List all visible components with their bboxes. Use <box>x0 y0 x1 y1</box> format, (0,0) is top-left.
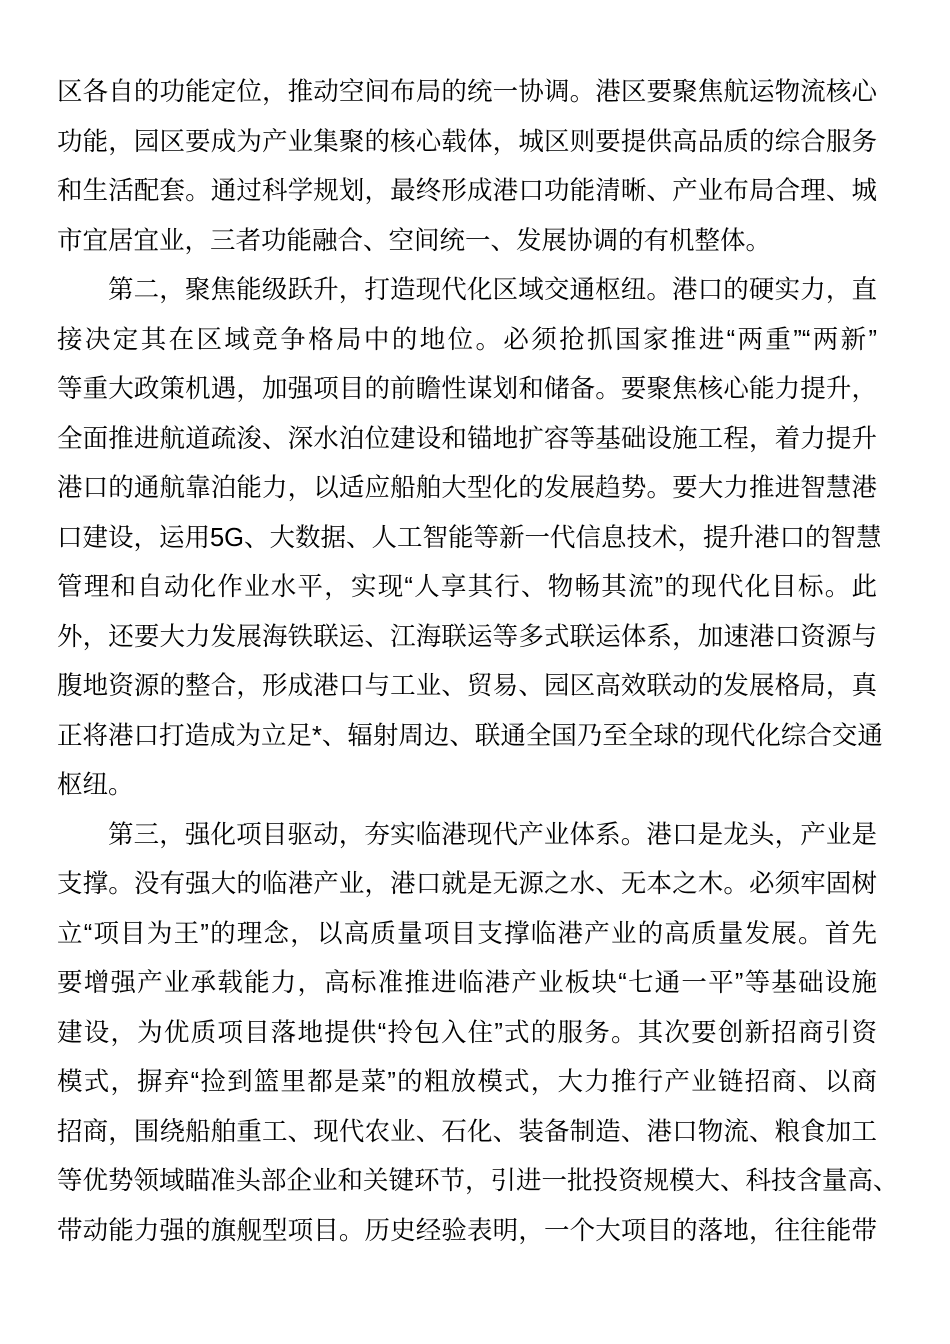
text-line: 正将港口打造成为立足*、辐射周边、联通全国乃至全球的现代化综合交通 <box>57 712 877 762</box>
text-line: 外，还要大力发展海铁联运、江海联运等多式联运体系，加速港口资源与 <box>57 613 877 663</box>
text-line: 建设，为优质项目落地提供“拎包入住”式的服务。其次要创新招商引资 <box>57 1009 877 1059</box>
text-line: 支撑。没有强大的临港产业，港口就是无源之水、无本之木。必须牢固树 <box>57 860 877 910</box>
text-line: 要增强产业承载能力，高标准推进临港产业板块“七通一平”等基础设施 <box>57 959 877 1009</box>
text-line: 第二，聚焦能级跃升，打造现代化区域交通枢纽。港口的硬实力，直 <box>57 266 877 316</box>
document-page: 区各自的功能定位，推动空间布局的统一协调。港区要聚焦航运物流核心功能，园区要成为… <box>0 0 950 1344</box>
text-line: 功能，园区要成为产业集聚的核心载体，城区则要提供高品质的综合服务 <box>57 118 877 168</box>
text-line: 带动能力强的旗舰型项目。历史经验表明，一个大项目的落地，往往能带 <box>57 1207 877 1257</box>
text-line: 枢纽。 <box>57 761 877 811</box>
text-line: 港口的通航靠泊能力，以适应船舶大型化的发展趋势。要大力推进智慧港 <box>57 464 877 514</box>
document-text-block: 区各自的功能定位，推动空间布局的统一协调。港区要聚焦航运物流核心功能，园区要成为… <box>57 68 877 1256</box>
text-line: 区各自的功能定位，推动空间布局的统一协调。港区要聚焦航运物流核心 <box>57 68 877 118</box>
text-line: 管理和自动化作业水平，实现“人享其行、物畅其流”的现代化目标。此 <box>57 563 877 613</box>
text-line: 全面推进航道疏浚、深水泊位建设和锚地扩容等基础设施工程，着力提升 <box>57 415 877 465</box>
text-line: 第三，强化项目驱动，夯实临港现代产业体系。港口是龙头，产业是 <box>57 811 877 861</box>
text-line: 招商，围绕船舶重工、现代农业、石化、装备制造、港口物流、粮食加工 <box>57 1108 877 1158</box>
text-line: 腹地资源的整合，形成港口与工业、贸易、园区高效联动的发展格局，真 <box>57 662 877 712</box>
text-line: 立“项目为王”的理念，以高质量项目支撑临港产业的高质量发展。首先 <box>57 910 877 960</box>
text-line: 接决定其在区域竞争格局中的地位。必须抢抓国家推进“两重”“两新” <box>57 316 877 366</box>
text-line: 等重大政策机遇，加强项目的前瞻性谋划和储备。要聚焦核心能力提升， <box>57 365 877 415</box>
text-line: 市宜居宜业，三者功能融合、空间统一、发展协调的有机整体。 <box>57 217 877 267</box>
text-line: 和生活配套。通过科学规划，最终形成港口功能清晰、产业布局合理、城 <box>57 167 877 217</box>
text-line: 模式，摒弃“捡到篮里都是菜”的粗放模式，大力推行产业链招商、以商 <box>57 1058 877 1108</box>
text-line: 口建设，运用5G、大数据、人工智能等新一代信息技术，提升港口的智慧 <box>57 514 877 564</box>
text-line: 等优势领域瞄准头部企业和关键环节，引进一批投资规模大、科技含量高、 <box>57 1157 877 1207</box>
